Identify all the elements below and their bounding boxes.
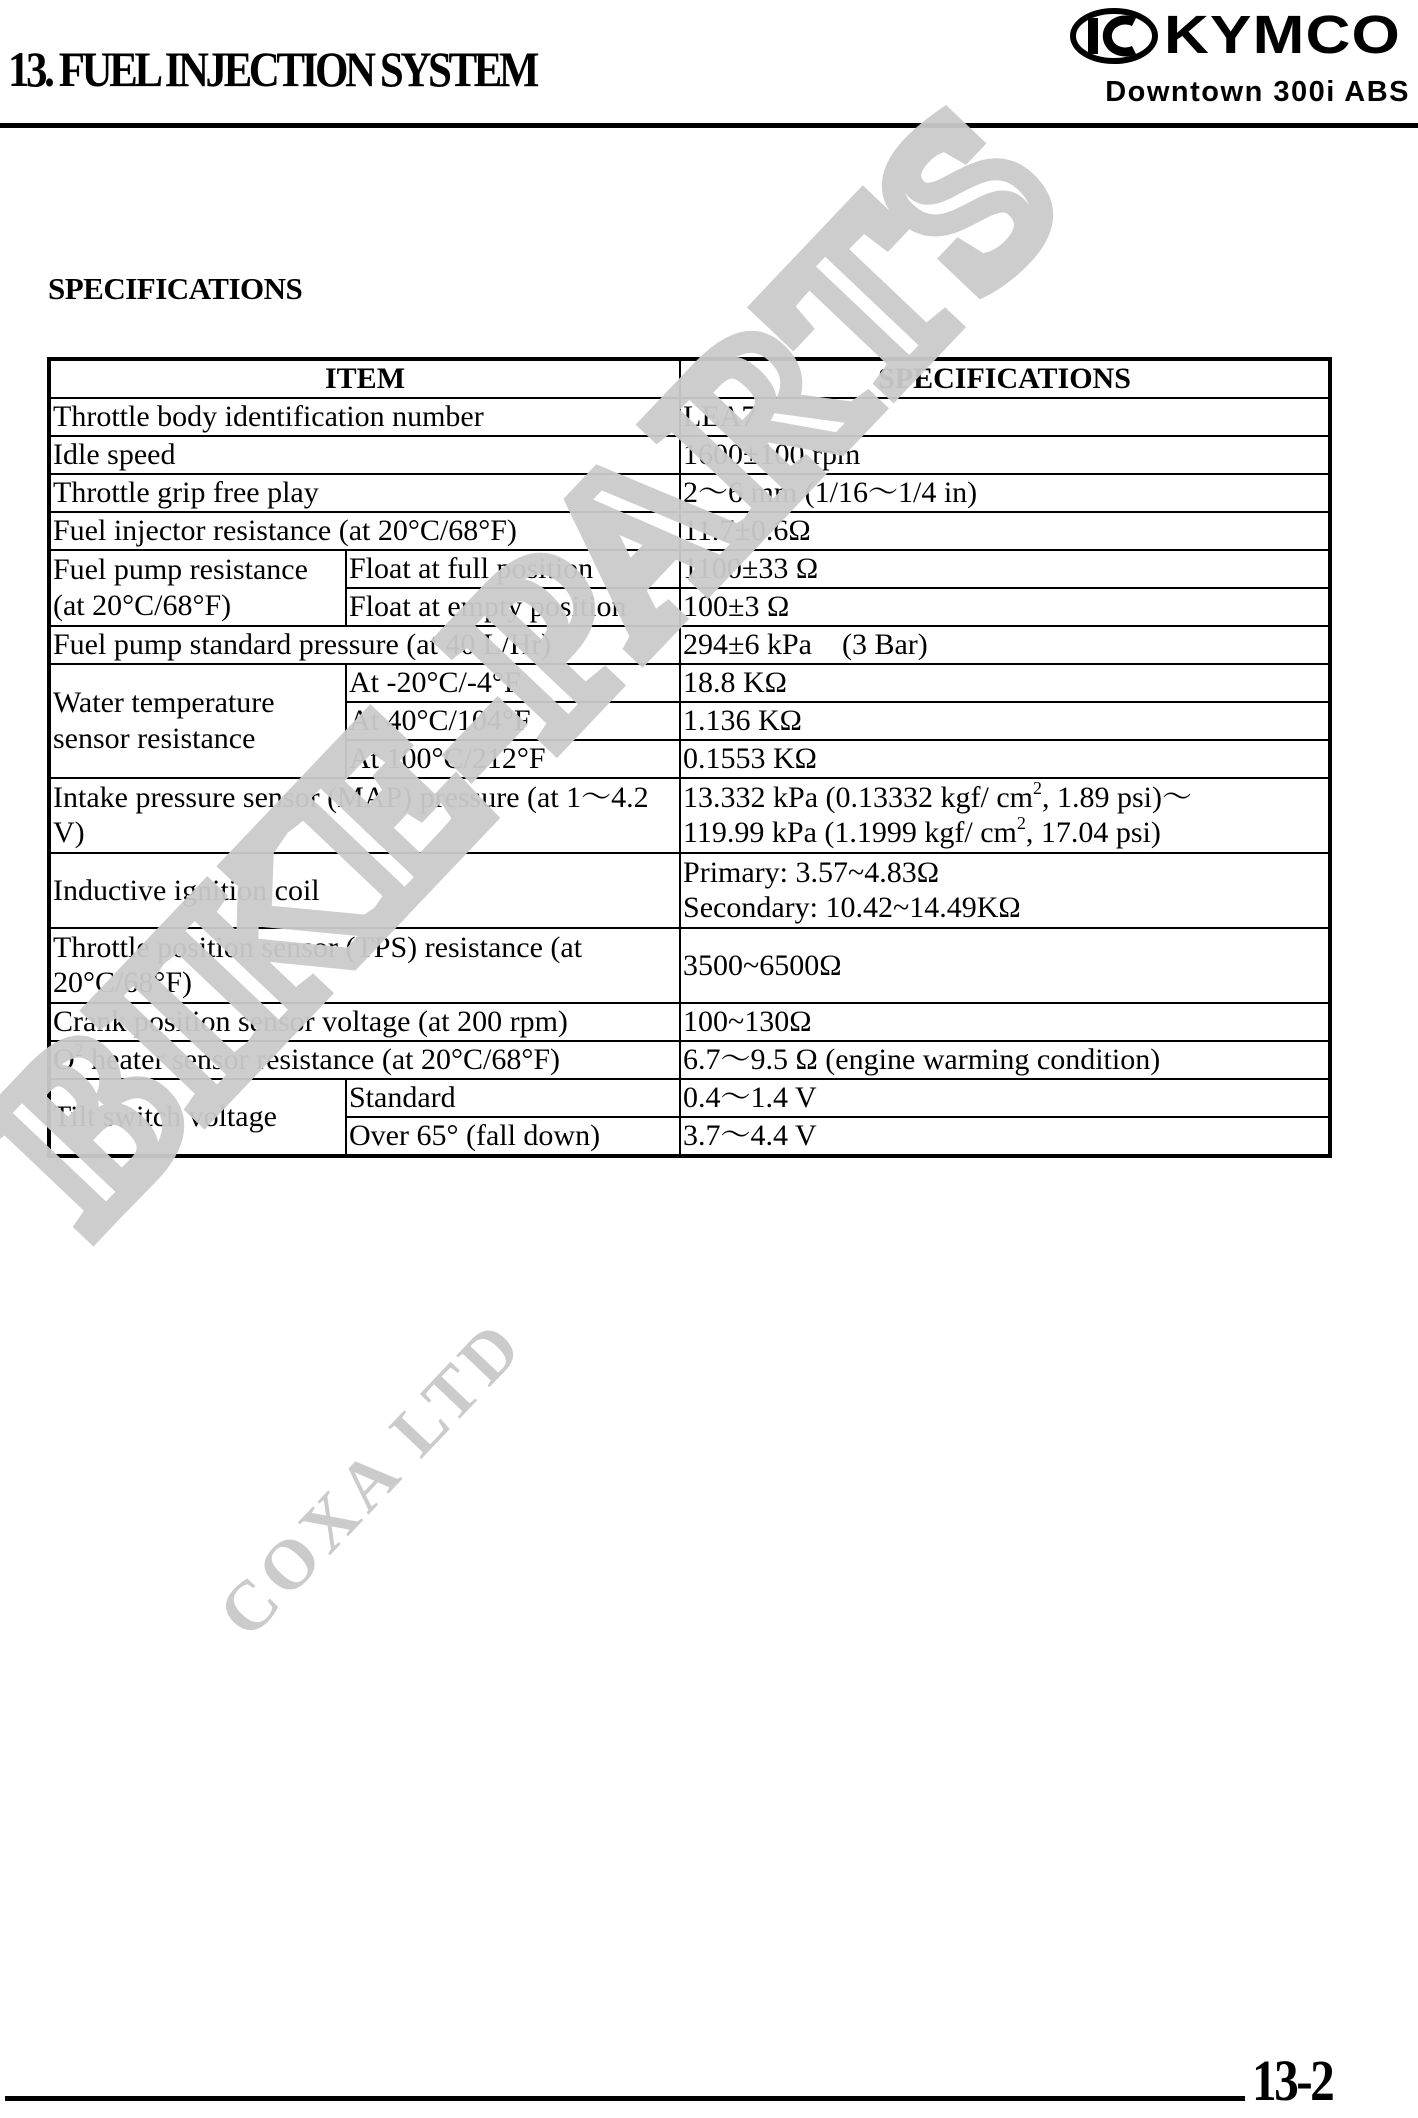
page-number: 13-2	[1252, 2052, 1332, 2110]
specifications-table: ITEM SPECIFICATIONS Throttle body identi…	[47, 357, 1332, 1158]
brand-name: KYMCO	[1164, 8, 1401, 62]
spec-line: 119.99 kPa (1.1999 kgf/ cm2, 17.04 psi)	[683, 816, 1326, 851]
item-cell: Inductive ignition coil	[49, 853, 680, 928]
item-cell: Crank position sensor voltage (at 200 rp…	[49, 1003, 680, 1041]
spec-cell: 18.8 KΩ	[680, 664, 1330, 702]
spec-cell: 100~130Ω	[680, 1003, 1330, 1041]
spec-line: Secondary: 10.42~14.49KΩ	[683, 891, 1326, 926]
model-name: Downtown 300i ABS	[1105, 78, 1410, 107]
spec-cell: 294±6 kPa (3 Bar)	[680, 626, 1330, 664]
column-header-specifications: SPECIFICATIONS	[680, 359, 1330, 398]
table-row: Water temperature sensor resistance At -…	[49, 664, 1330, 702]
spec-cell: 0.4～1.4 V	[680, 1079, 1330, 1117]
item-cell: Fuel pump resistance (at 20°C/68°F)	[49, 550, 346, 626]
spec-cell: 100±3 Ω	[680, 588, 1330, 626]
header-divider	[0, 123, 1418, 128]
section-heading: SPECIFICATIONS	[48, 273, 302, 304]
condition-cell: At 100°C/212°F	[346, 740, 680, 778]
table-row: Tilt switch voltage Standard 0.4～1.4 V	[49, 1079, 1330, 1117]
spec-cell: 3.7～4.4 V	[680, 1117, 1330, 1156]
condition-cell: Standard	[346, 1079, 680, 1117]
condition-cell: At -20°C/-4°F	[346, 664, 680, 702]
item-cell: Fuel injector resistance (at 20°C/68°F)	[49, 512, 680, 550]
spec-cell: 2～6 mm (1/16～1/4 in)	[680, 474, 1330, 512]
chapter-title: 13. FUEL INJECTION SYSTEM	[8, 44, 536, 94]
item-cell: Fuel pump standard pressure (at 40 L/Hr)	[49, 626, 680, 664]
spec-line: 13.332 kPa (0.13332 kgf/ cm2, 1.89 psi)～	[683, 781, 1326, 816]
table-row: Fuel pump resistance (at 20°C/68°F) Floa…	[49, 550, 1330, 588]
table-row: Throttle body identification number LEA7	[49, 398, 1330, 436]
spec-line: Primary: 3.57~4.83Ω	[683, 856, 1326, 891]
spec-cell: 0.1553 KΩ	[680, 740, 1330, 778]
item-cell: Tilt switch voltage	[49, 1079, 346, 1156]
table-row: O2 heater sensor resistance (at 20°C/68°…	[49, 1041, 1330, 1079]
table-row: Crank position sensor voltage (at 200 rp…	[49, 1003, 1330, 1041]
table-row: Throttle grip free play 2～6 mm (1/16～1/4…	[49, 474, 1330, 512]
column-header-item: ITEM	[49, 359, 680, 398]
table-row: Fuel pump standard pressure (at 40 L/Hr)…	[49, 626, 1330, 664]
item-cell: Water temperature sensor resistance	[49, 664, 346, 778]
watermark-sub-text: COXA LTD	[207, 1308, 537, 1650]
item-cell: Idle speed	[49, 436, 680, 474]
condition-cell: Float at empty position	[346, 588, 680, 626]
spec-cell: 13.332 kPa (0.13332 kgf/ cm2, 1.89 psi)～…	[680, 778, 1330, 853]
item-cell: Throttle body identification number	[49, 398, 680, 436]
spec-cell: 1600±100 rpm	[680, 436, 1330, 474]
table-row: Inductive ignition coil Primary: 3.57~4.…	[49, 853, 1330, 928]
spec-cell: Primary: 3.57~4.83Ω Secondary: 10.42~14.…	[680, 853, 1330, 928]
item-cell: Throttle position sensor (TPS) resistanc…	[49, 928, 680, 1003]
table-row: Idle speed 1600±100 rpm	[49, 436, 1330, 474]
spec-cell: 11.7±0.6Ω	[680, 512, 1330, 550]
footer-divider	[5, 2096, 1245, 2101]
table-row: Intake pressure sensor (MAP) pressure (a…	[49, 778, 1330, 853]
spec-cell: 1.136 KΩ	[680, 702, 1330, 740]
kymco-logo-icon	[1070, 8, 1158, 64]
item-cell: Throttle grip free play	[49, 474, 680, 512]
spec-cell: 3500~6500Ω	[680, 928, 1330, 1003]
table-row: Throttle position sensor (TPS) resistanc…	[49, 928, 1330, 1003]
item-cell: Intake pressure sensor (MAP) pressure (a…	[49, 778, 680, 853]
table-row: Fuel injector resistance (at 20°C/68°F) …	[49, 512, 1330, 550]
condition-cell: Over 65° (fall down)	[346, 1117, 680, 1156]
condition-cell: At 40°C/104°F	[346, 702, 680, 740]
item-cell: O2 heater sensor resistance (at 20°C/68°…	[49, 1041, 680, 1079]
brand-block: KYMCO	[1070, 6, 1415, 66]
table-header-row: ITEM SPECIFICATIONS	[49, 359, 1330, 398]
spec-cell: LEA7	[680, 398, 1330, 436]
condition-cell: Float at full position	[346, 550, 680, 588]
spec-cell: 1100±33 Ω	[680, 550, 1330, 588]
spec-cell: 6.7～9.5 Ω (engine warming condition)	[680, 1041, 1330, 1079]
